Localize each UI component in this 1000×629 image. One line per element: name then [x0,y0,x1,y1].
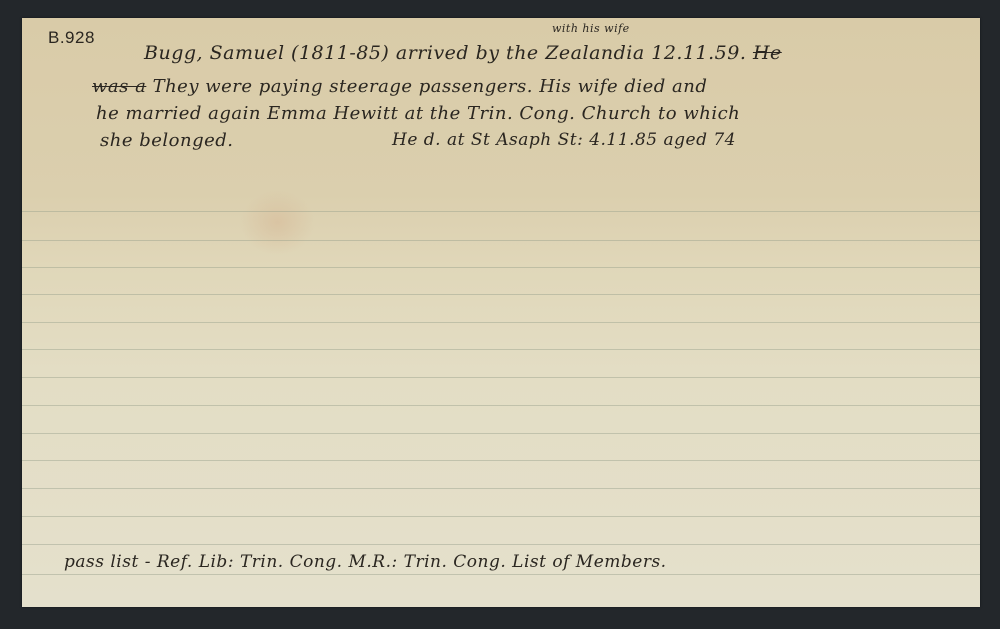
index-card: B.928 with his wife Bugg, Samuel (1811-8… [22,18,980,607]
ruled-line [22,516,980,517]
death-note: He d. at St Asaph St: 4.11.85 aged 74 [392,130,736,150]
entry-line-1: Bugg, Samuel (1811-85) arrived by the Ze… [144,42,782,64]
ruled-line [22,544,980,545]
ruled-line [22,377,980,378]
entry-line-2: was a They were paying steerage passenge… [92,76,707,97]
ruled-line [22,349,980,350]
sources-footer: pass list - Ref. Lib: Trin. Cong. M.R.: … [64,552,667,572]
ruled-line [22,460,980,461]
entry-line-2-text: They were paying steerage passengers. Hi… [153,76,708,97]
ruled-line [22,211,980,212]
ruled-line [22,240,980,241]
ruled-line [22,322,980,323]
ruled-line [22,488,980,489]
insertion-note: with his wife [552,22,630,35]
struck-word: was a [92,76,146,97]
entry-line-3: he married again Emma Hewitt at the Trin… [96,103,740,124]
ruled-line [22,433,980,434]
struck-word: He [753,42,782,64]
entry-line-4: she belonged. [100,130,233,151]
reference-number: B.928 [48,28,95,48]
ruled-line [22,294,980,295]
ruled-line [22,574,980,575]
ruled-line [22,267,980,268]
ruled-line [22,405,980,406]
paper-stain [240,190,315,255]
entry-line-1-text: Bugg, Samuel (1811-85) arrived by the Ze… [144,42,746,64]
